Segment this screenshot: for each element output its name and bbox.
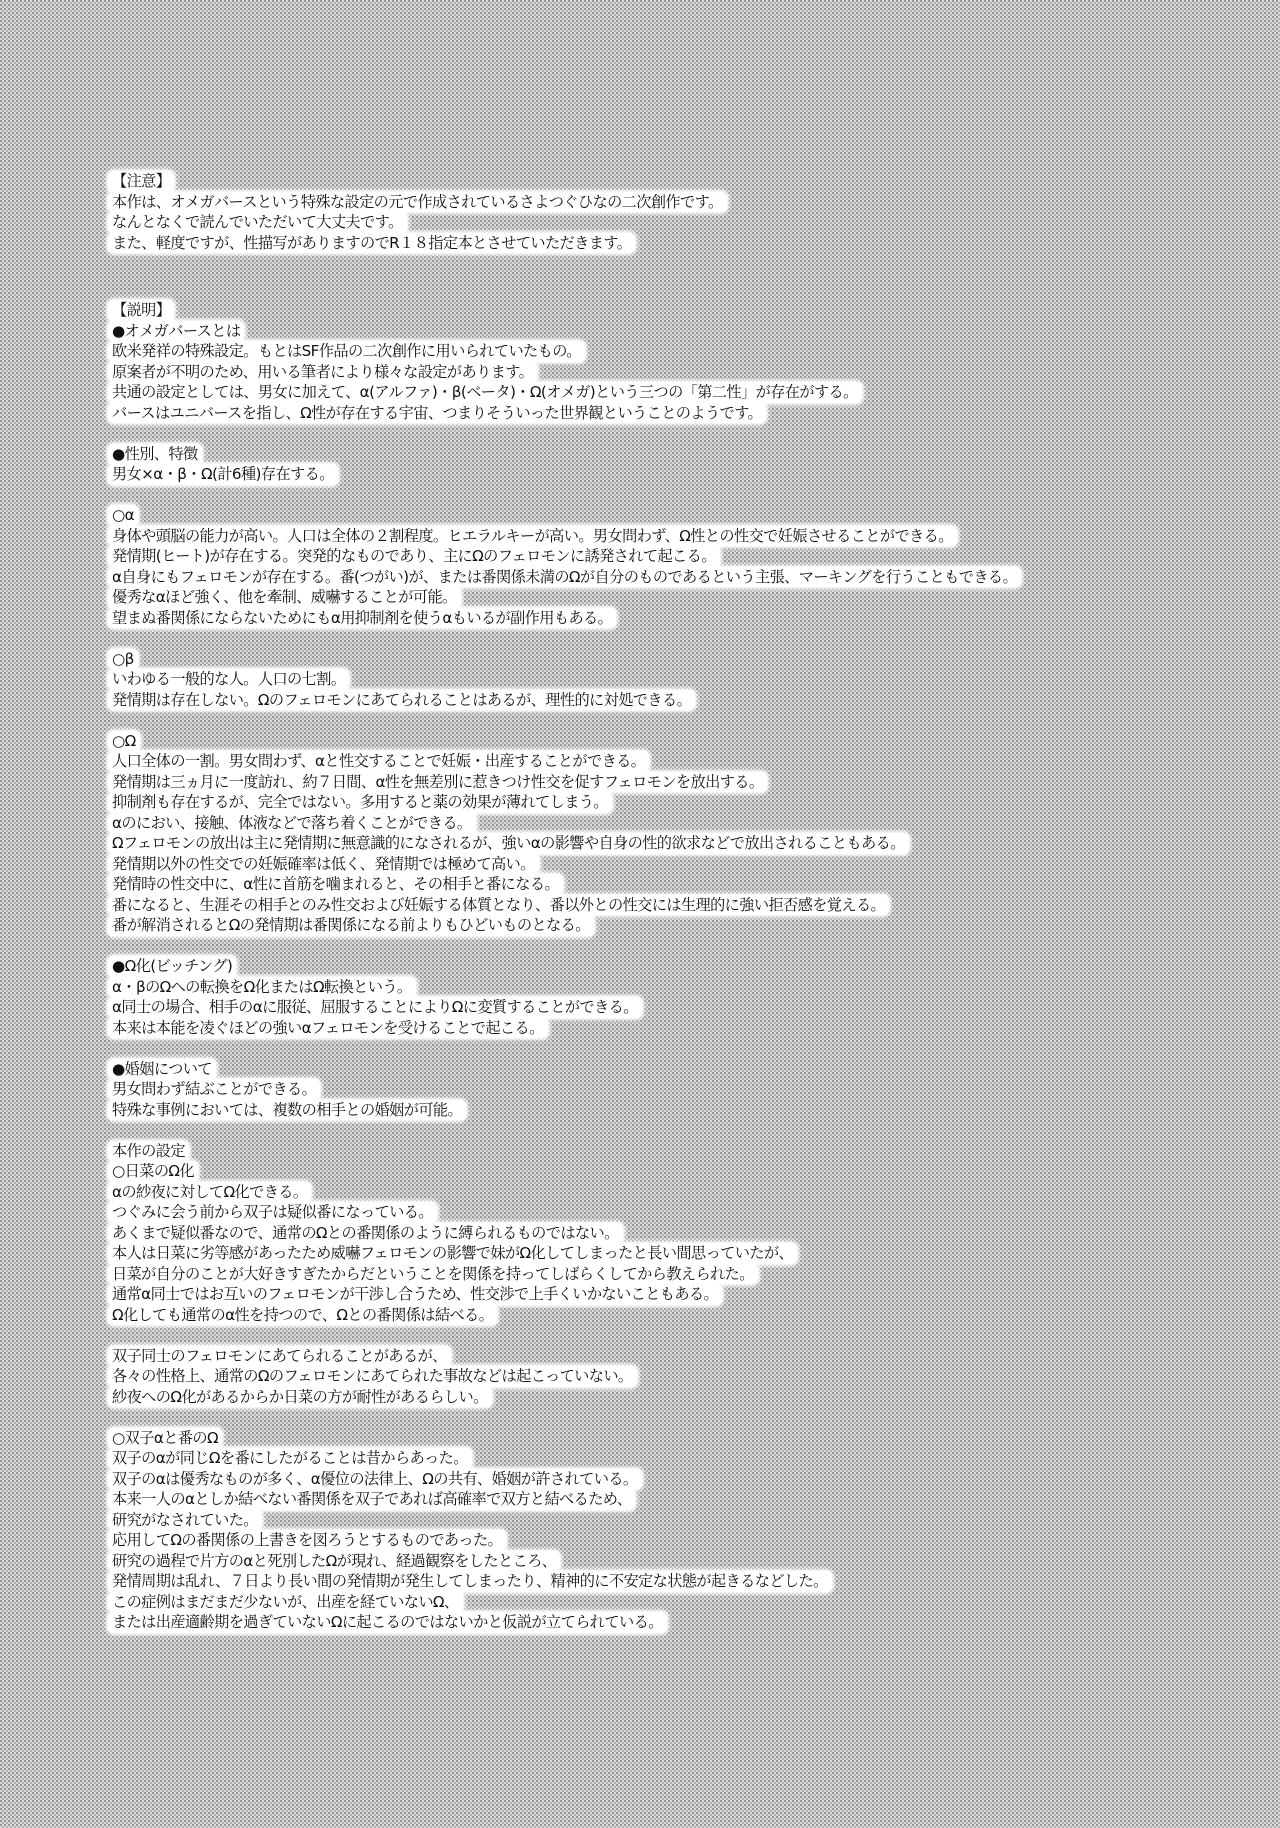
hina-line: つぐみに会う前から双子は疑似番になっている。 — [108, 1202, 437, 1223]
document-page: 【注意】 本作は、オメガバースという特殊な設定の元で作成されているさよつぐひなの… — [112, 171, 1172, 1633]
omega-line: 発情時の性交中に、α性に首筋を噛まれると、その相手と番になる。 — [108, 874, 563, 895]
omegaverse-line: 共通の設定としては、男女に加えて、α(アルファ)・β(ベータ)・Ω(オメガ)とい… — [108, 382, 862, 403]
omegafication-line: α・βのΩへの転換をΩ化またはΩ転換という。 — [108, 977, 416, 998]
twins-line: または出産適齢期を過ぎていないΩに起こるのではないかと仮説が立てられている。 — [108, 1612, 667, 1633]
hina-line: 日菜が自分のことが大好きすぎたからだということを関係を持ってしばらくしてから教え… — [108, 1264, 758, 1285]
twins-line: 双子のαは優秀なものが多く、α優位の法律上、Ωの共有、婚姻が許されている。 — [108, 1469, 642, 1490]
genders-line: 男女×α・β・Ω(計6種)存在する。 — [108, 464, 338, 485]
alpha-line: 優秀なαほど強く、他を牽制、威嚇することが可能。 — [108, 587, 461, 608]
settings-heading: 本作の設定 — [108, 1141, 189, 1162]
omegafication-line: 本来は本能を凌ぐほどの強いαフェロモンを受けることで起こる。 — [108, 1018, 548, 1039]
hina-note-line: 双子同士のフェロモンにあてられることがあるが、 — [108, 1346, 451, 1367]
hina-line: 通常α同士ではお互いのフェロモンが干渉し合うため、性交渉で上手くいかないこともあ… — [108, 1284, 722, 1305]
omega-line: 番が解消されるとΩの発情期は番関係になる前よりもひどいものとなる。 — [108, 915, 594, 936]
omegafication-title: ●Ω化(ビッチング) — [108, 956, 236, 977]
omegaverse-title: ●オメガバースとは — [108, 321, 244, 342]
twins-line: 発情周期は乱れ、７日より長い間の発情期が発生してしまったり、精神的に不安定な状態… — [108, 1571, 832, 1592]
omega-line: 抑制剤も存在するが、完全ではない。多用すると薬の効果が薄れてしまう。 — [108, 792, 612, 813]
settings-section: 本作の設定 ○日菜のΩ化 αの紗夜に対してΩ化できる。 つぐみに会う前から双子は… — [112, 1141, 1172, 1633]
notice-heading: 【注意】 — [108, 171, 174, 192]
omega-line: Ωフェロモンの放出は主に発情期に無意識的になされるが、強いαの影響や自身の性的欲… — [108, 833, 909, 854]
notice-section: 【注意】 本作は、オメガバースという特殊な設定の元で作成されているさよつぐひなの… — [112, 171, 1172, 253]
hina-line: Ω化しても通常のα性を持つので、Ωとの番関係は結べる。 — [108, 1305, 497, 1326]
twins-line: 応用してΩの番関係の上書きを図ろうとするものであった。 — [108, 1530, 506, 1551]
twins-title: ○双子αと番のΩ — [108, 1428, 222, 1449]
omegafication-line: α同士の場合、相手のαに服従、屈服することによりΩに変質することができる。 — [108, 997, 642, 1018]
hina-title: ○日菜のΩ化 — [108, 1161, 198, 1182]
omegaverse-line: 欧米発祥の特殊設定。もとはSF作品の二次創作に用いられていたもの。 — [108, 341, 585, 362]
twins-line: 本来一人のαとしか結べない番関係を双子であれば高確率で双方と結べるため、 — [108, 1489, 635, 1510]
omega-line: 番になると、生涯その相手とのみ性交および妊娠する体質となり、番以外との性交には生… — [108, 895, 889, 916]
omegaverse-line: バースはユニバースを指し、Ω性が存在する宇宙、つまりそういった世界観ということの… — [108, 403, 766, 424]
alpha-line: 身体や頭脳の能力が高い。人口は全体の２割程度。ヒエラルキーが高い。男女問わず、Ω… — [108, 526, 957, 547]
omega-line: 発情期は三ヵ月に一度訪れ、約７日間、α性を無差別に惹きつけ性交を促すフェロモンを… — [108, 772, 767, 793]
twins-line: 研究がなされていた。 — [108, 1510, 262, 1531]
genders-title: ●性別、特徴 — [108, 444, 202, 465]
notice-line: 本作は、オメガバースという特殊な設定の元で作成されているさよつぐひなの二次創作で… — [108, 192, 727, 213]
marriage-line: 男女問わず結ぶことができる。 — [108, 1079, 320, 1100]
beta-line: 発情期は存在しない。Ωのフェロモンにあてられることはあるが、理性的に対処できる。 — [108, 690, 695, 711]
marriage-line: 特殊な事例においては、複数の相手との婚姻が可能。 — [108, 1100, 466, 1121]
alpha-line: α自身にもフェロモンが存在する。番(つがい)が、または番関係未満のΩが自分のもの… — [108, 567, 1021, 588]
hina-line: αの紗夜に対してΩ化できる。 — [108, 1182, 311, 1203]
alpha-title: ○α — [108, 505, 138, 526]
twins-line: 双子のαが同じΩを番にしたがることは昔からあった。 — [108, 1448, 472, 1469]
hina-note-line: 各々の性格上、通常のΩのフェロモンにあてられた事故などは起こっていない。 — [108, 1366, 637, 1387]
alpha-line: 発情期(ヒート)が存在する。突発的なものであり、主にΩのフェロモンに誘発されて起… — [108, 546, 720, 567]
alpha-line: 望まぬ番関係にならないためにもα用抑制剤を使うαもいるが副作用もある。 — [108, 608, 616, 629]
omega-line: 人口全体の一割。男女問わず、αと性交することで妊娠・出産することができる。 — [108, 751, 649, 772]
beta-title: ○β — [108, 649, 138, 670]
omega-title: ○Ω — [108, 731, 140, 752]
twins-line: この症例はまだまだ少ないが、出産を経ていないΩ、 — [108, 1592, 463, 1613]
beta-line: いわゆる一般的な人。人口の七割。 — [108, 669, 349, 690]
notice-line: なんとなくで読んでいただいて大丈夫です。 — [108, 212, 407, 233]
hina-line: あくまで疑似番なので、通常のΩとの番関係のように縛られるものではない。 — [108, 1223, 623, 1244]
hina-line: 本人は日菜に劣等感があったため威嚇フェロモンの影響で妹がΩ化してしまったと長い間… — [108, 1243, 797, 1264]
twins-line: 研究の過程で片方のαと死別したΩが現れ、経過観察をしたところ、 — [108, 1551, 560, 1572]
omega-line: 発情期以外の性交での妊娠確率は低く、発情期では極めて高い。 — [108, 854, 539, 875]
omega-line: αのにおい、接触、体液などで落ち着くことができる。 — [108, 813, 476, 834]
notice-line: また、軽度ですが、性描写がありますのでR１８指定本とさせていただきます。 — [108, 233, 635, 254]
explanation-heading: 【説明】 — [108, 300, 174, 321]
omegaverse-line: 原案者が不明のため、用いる筆者により様々な設定があります。 — [108, 362, 537, 383]
explanation-section: 【説明】 ●オメガバースとは 欧米発祥の特殊設定。もとはSF作品の二次創作に用い… — [112, 300, 1172, 1120]
marriage-title: ●婚姻について — [108, 1059, 216, 1080]
hina-note-line: 紗夜へのΩ化があるからか日菜の方が耐性があるらしい。 — [108, 1387, 492, 1408]
